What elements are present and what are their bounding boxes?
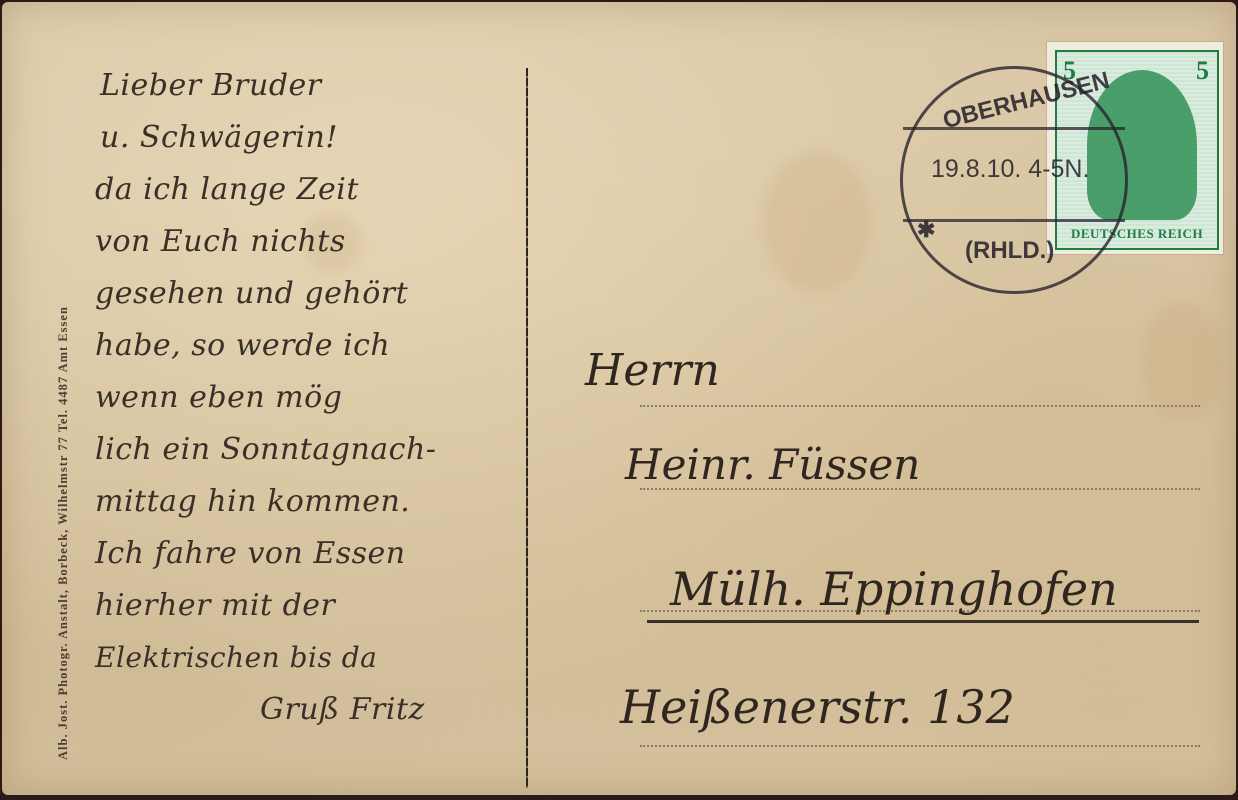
message-line: habe, so werde ich	[95, 320, 525, 372]
postmark-region: (RHLD.)	[965, 237, 1054, 265]
message-line: lich ein Sonntagnach-	[95, 424, 525, 476]
publisher-imprint: Alb. Jost. Photogr. Anstalt, Borbeck, Wi…	[56, 306, 71, 760]
message-line: von Euch nichts	[95, 216, 525, 268]
signature: Gruß Fritz	[95, 684, 525, 736]
message-line: Elektrischen bis da	[95, 632, 525, 684]
message-line: wenn eben mög	[95, 372, 525, 424]
message-line: Ich fahre von Essen	[95, 528, 525, 580]
address-name: Heinr. Füssen	[625, 440, 920, 489]
address-line-1	[640, 405, 1200, 407]
postmark: OBERHAUSEN 19.8.10. 4-5N. (RHLD.) ✱	[900, 66, 1128, 294]
postmark-date: 19.8.10. 4-5N.	[931, 155, 1089, 184]
address-street: Heißenerstr. 132	[620, 680, 1015, 734]
handwritten-message: Lieber Bruder u. Schwägerin! da ich lang…	[95, 60, 525, 736]
city-underline	[647, 620, 1199, 623]
message-line: hierher mit der	[95, 580, 525, 632]
message-address-divider	[526, 68, 528, 788]
stamp-value-right: 5	[1196, 56, 1209, 86]
message-line: Lieber Bruder	[95, 60, 525, 112]
address-city: Mülh. Eppinghofen	[670, 562, 1118, 616]
address-line-4	[640, 745, 1200, 747]
stain	[762, 152, 872, 292]
postmark-city: OBERHAUSEN	[940, 67, 1112, 135]
message-line: gesehen und gehört	[95, 268, 525, 320]
postmark-band-top	[903, 127, 1125, 130]
stain	[1142, 302, 1222, 422]
message-line: mittag hin kommen.	[95, 476, 525, 528]
postmark-band-bottom	[903, 219, 1125, 222]
address-salutation: Herrn	[585, 345, 720, 396]
message-line: da ich lange Zeit	[95, 164, 525, 216]
message-line: u. Schwägerin!	[95, 112, 525, 164]
postmark-star-icon: ✱	[917, 217, 935, 243]
